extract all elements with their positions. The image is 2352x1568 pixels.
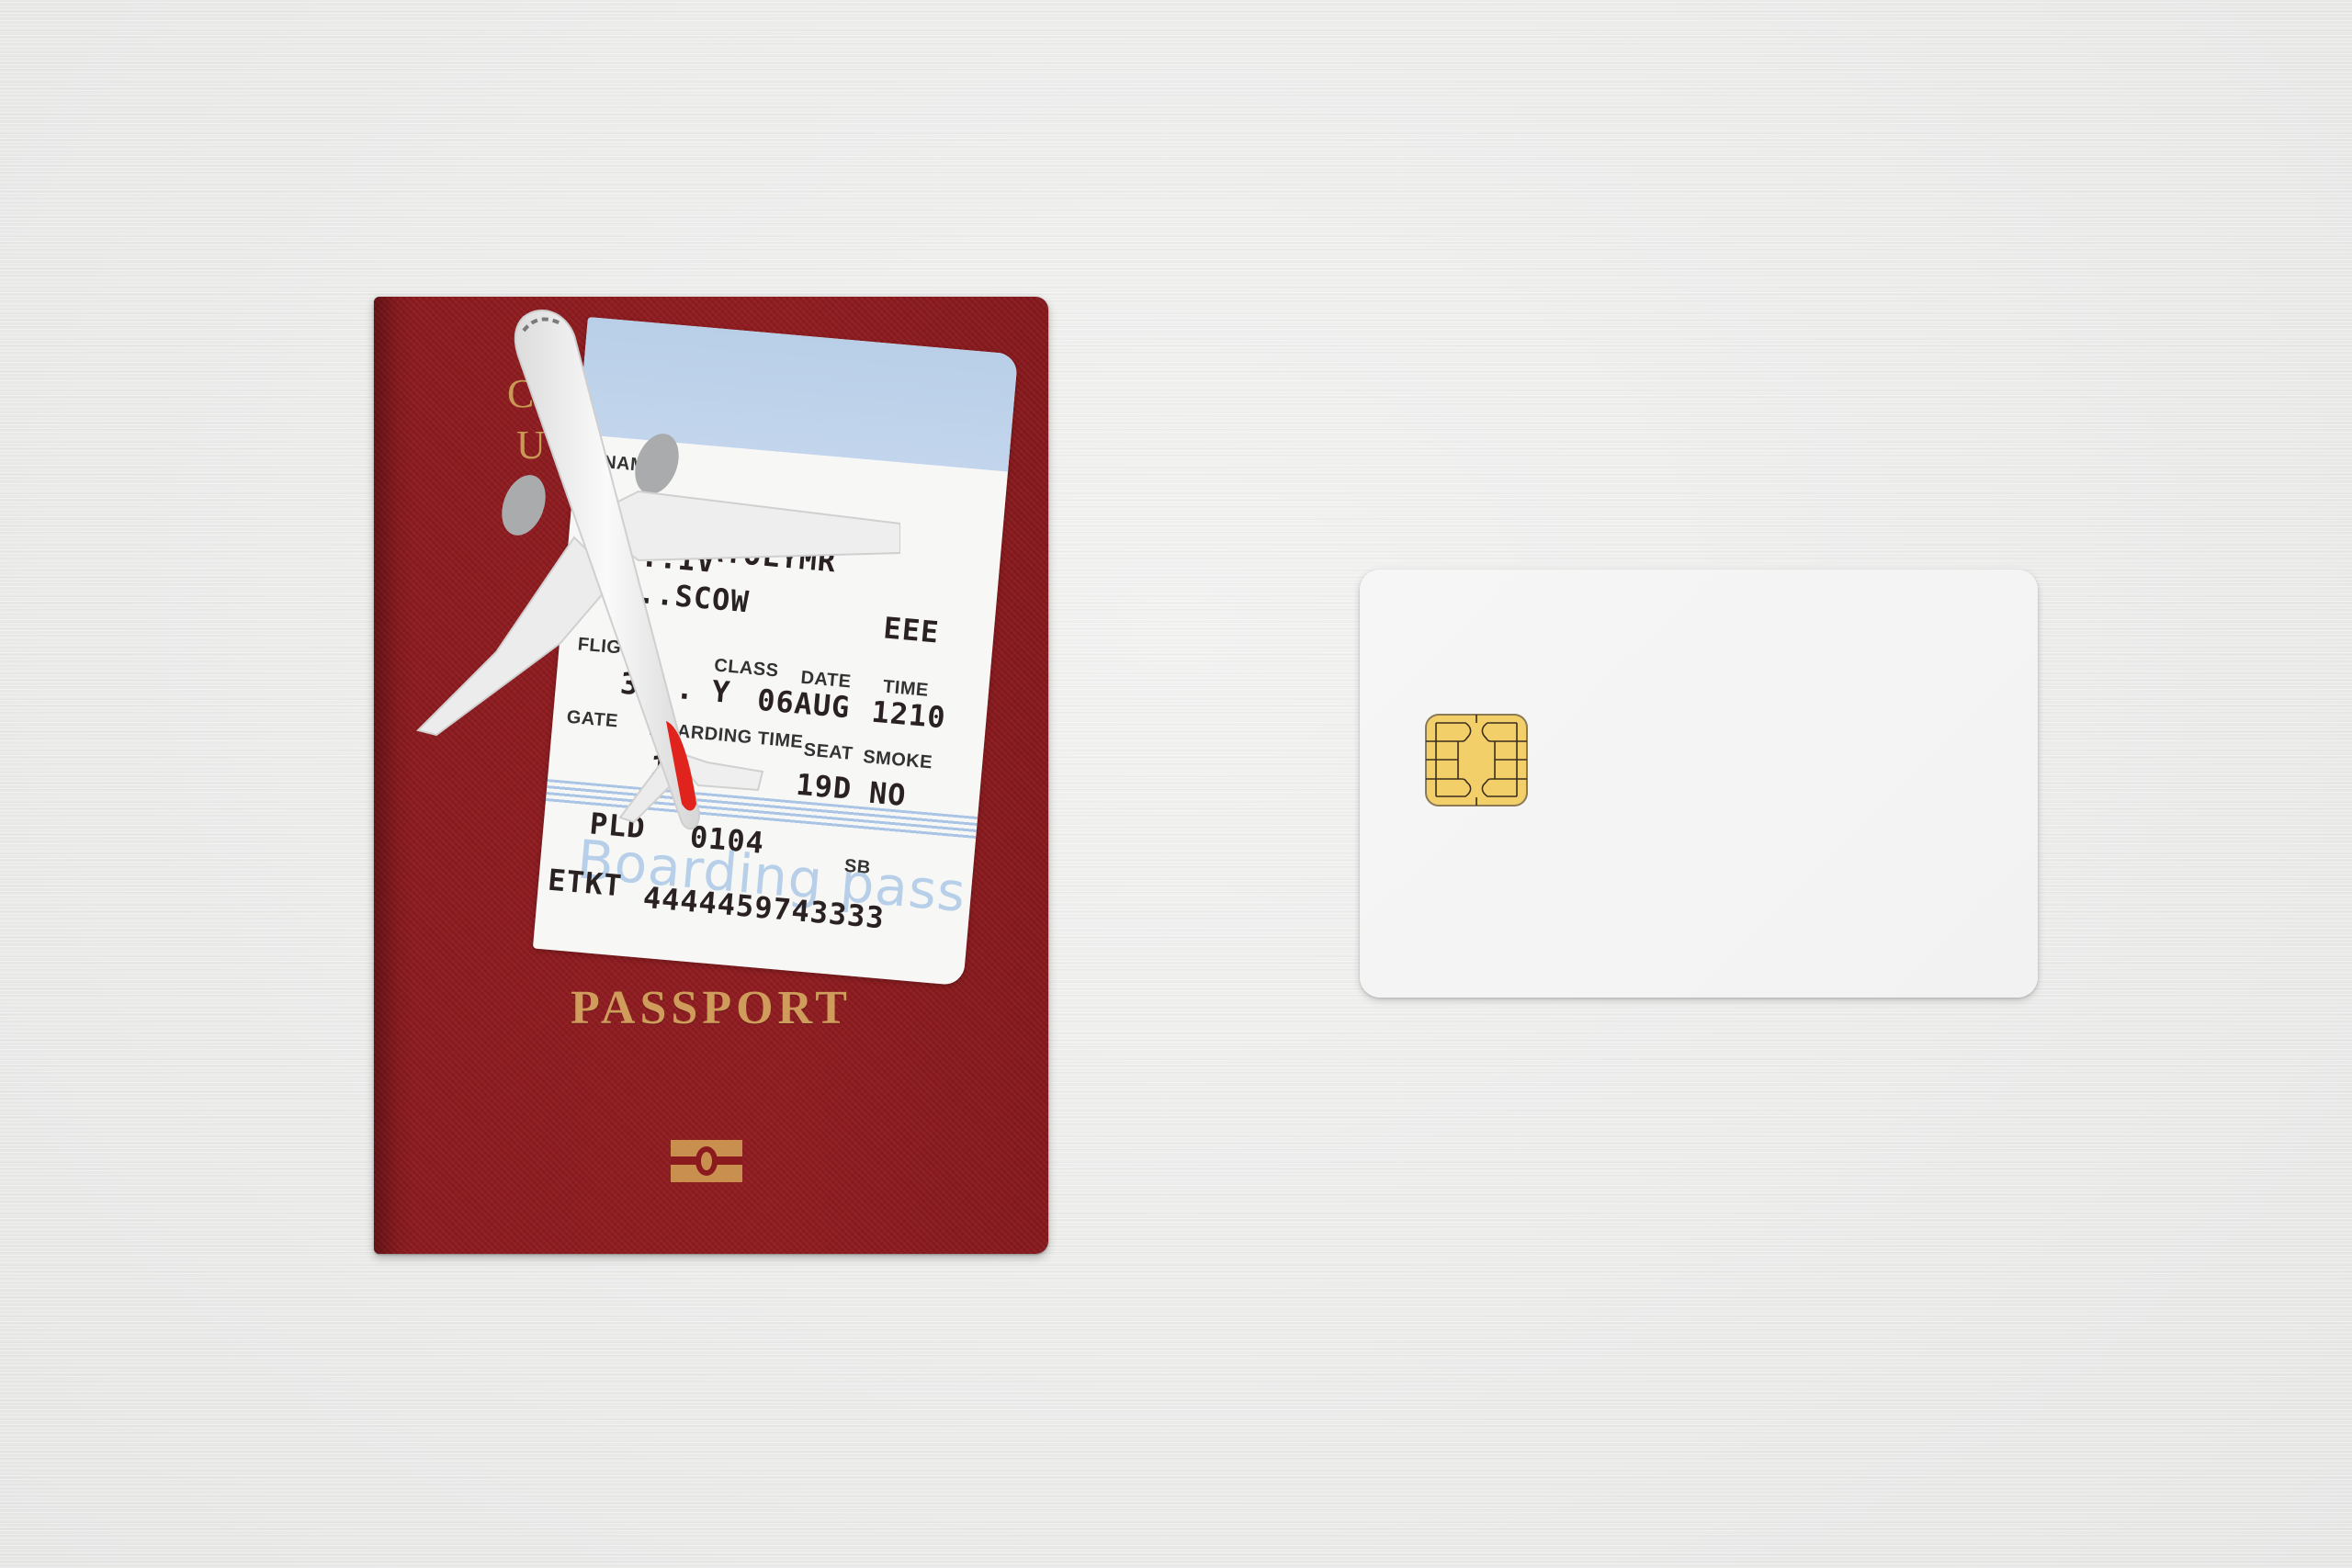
emv-chip-icon [1425, 714, 1528, 807]
passport-title: PASSPORT [374, 981, 1048, 1035]
etkt-label: ETKT [547, 863, 624, 904]
toy-airplane-icon [386, 294, 900, 863]
biometric-chip-emblem-icon [671, 1140, 742, 1182]
blank-chip-card [1360, 570, 2038, 998]
